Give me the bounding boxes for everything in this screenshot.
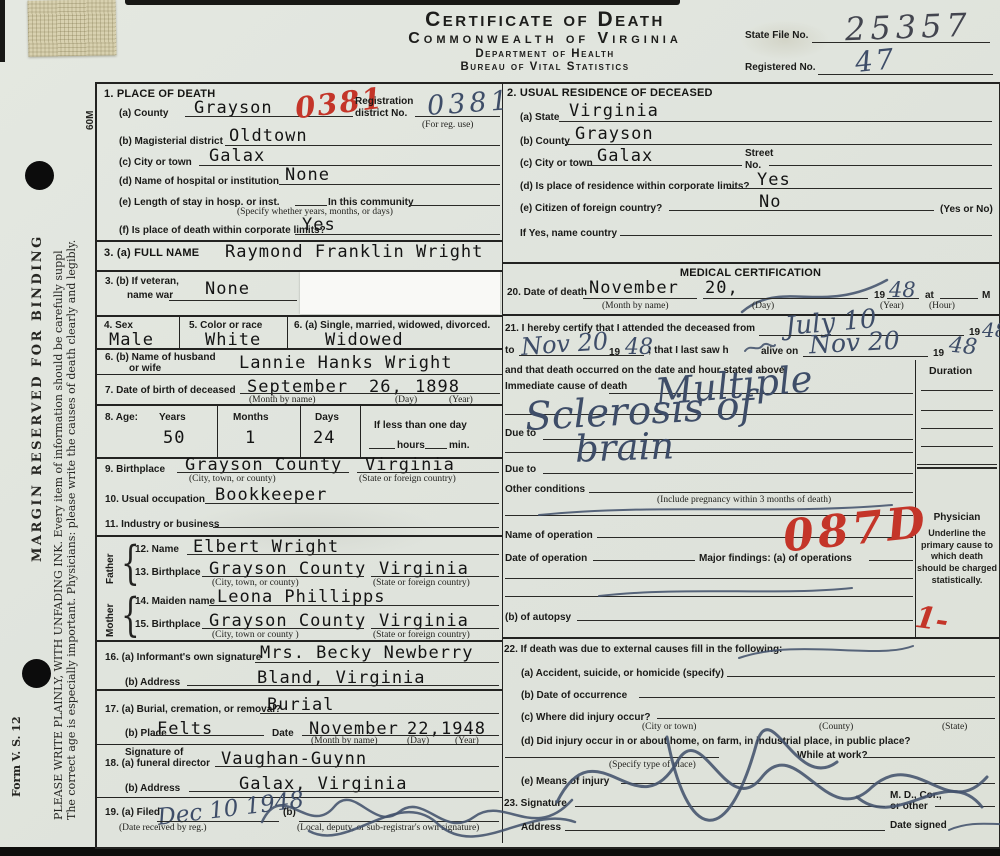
mother-bp-note2: (State or foreign country) <box>373 631 470 641</box>
pen-curve <box>737 636 917 662</box>
min-label: min. <box>449 440 470 452</box>
external-a-label: (a) Accident, suicide, or homicide (spec… <box>521 668 724 680</box>
red-mark: 1- <box>913 600 951 639</box>
margin-ink-warning: PLEASE WRITE PLAINLY, WITH UNFADING INK.… <box>52 178 78 820</box>
registered-number: 47 <box>853 42 898 79</box>
punch-hole <box>25 161 54 190</box>
operation-label: Name of operation <box>505 530 593 542</box>
veteran-label: 3. (b) If veteran, <box>105 276 179 288</box>
rule-line <box>505 452 913 453</box>
father-side-label: Father <box>105 538 117 584</box>
rule-line <box>940 298 978 299</box>
rule-line <box>583 298 697 299</box>
s1-hospital-value: None <box>285 167 330 184</box>
dob-year-note: (Year) <box>449 396 473 406</box>
mother-bp-note1: (City, town or county ) <box>212 631 299 641</box>
rule-line <box>593 560 695 561</box>
alive-year-handwriting: 48 <box>948 333 978 361</box>
s2-corp-value: Yes <box>757 172 791 189</box>
rule-line <box>202 628 364 629</box>
doc-bureau: Bureau of Vital Statistics <box>330 61 760 73</box>
marital-value: Widowed <box>325 332 404 349</box>
dod-year-note: (Year) <box>880 302 904 312</box>
cause-handwriting-3: brain <box>574 424 675 470</box>
less-than-day-label: If less than one day <box>374 420 467 432</box>
occupation-value: Bookkeeper <box>215 487 327 504</box>
occupation-label: 10. Usual occupation <box>105 494 205 506</box>
dob-day-note: (Day) <box>395 396 417 406</box>
divider <box>97 348 502 350</box>
rule-line <box>177 472 349 473</box>
rule-line <box>369 448 395 449</box>
rule-line <box>887 298 919 299</box>
s1-city-value: Galax <box>209 148 265 165</box>
industry-label: 11. Industry or business <box>105 519 219 531</box>
veteran-value: None <box>205 281 250 298</box>
divider <box>217 404 218 457</box>
filed-label: 19. (a) Filed <box>105 807 160 819</box>
certify-to-label: to <box>505 345 514 357</box>
rule-line <box>187 685 499 686</box>
duration-header: Duration <box>929 365 972 377</box>
father-name-label: 12. Name <box>135 544 179 556</box>
father-bp-note2: (State or foreign country) <box>373 579 470 589</box>
dod-label: 20. Date of death <box>507 287 587 299</box>
state-file-number: 25357 <box>844 6 972 48</box>
mother-bp-label: 15. Birthplace <box>135 619 201 631</box>
rule-line <box>559 121 992 122</box>
s1-county-label: (a) County <box>119 108 168 120</box>
father-bp-label: 13. Birthplace <box>135 567 201 579</box>
rule-line <box>639 697 995 698</box>
scan-edge-left <box>0 0 5 62</box>
rule-line <box>703 298 868 299</box>
rule-line <box>519 355 644 356</box>
rule-line <box>565 144 992 145</box>
rule-line <box>921 410 993 411</box>
s2-citizen-value: No <box>759 194 781 211</box>
age-days-value: 24 <box>313 430 335 447</box>
s1-corp-value: Yes <box>302 217 336 234</box>
s1-magisterial-value: Oldtown <box>229 128 308 145</box>
s2-county-value: Grayson <box>575 126 654 143</box>
spouse-label2: or wife <box>129 363 161 375</box>
divider <box>287 315 288 348</box>
doc-title: Certificate of Death <box>330 8 760 32</box>
burial-year-note: (Year) <box>455 737 479 747</box>
correction-patch <box>300 272 500 314</box>
rule-line <box>803 356 928 357</box>
rule-line <box>225 145 500 146</box>
registered-no-label: Registered No. <box>745 62 816 74</box>
scan-edge-top <box>125 0 680 5</box>
tape-strip <box>28 0 117 57</box>
age-days-header: Days <box>315 412 339 424</box>
due-to-label2: Due to <box>505 464 536 476</box>
rule-line <box>769 165 992 166</box>
rule-line <box>921 446 993 447</box>
dod-month-note: (Month by name) <box>602 302 669 312</box>
rule-line <box>921 390 993 391</box>
external-b-label: (b) Date of occurrence <box>521 690 627 702</box>
rule-line <box>669 210 934 211</box>
birthplace-note1: (City, town, or county) <box>189 475 276 485</box>
rule-line <box>415 116 500 117</box>
rule-line <box>921 428 993 429</box>
spouse-value: Lannie Hanks Wright <box>239 355 452 372</box>
dod-hour-note: (Hour) <box>929 302 955 312</box>
rule-line <box>543 473 913 474</box>
burial-value: Burial <box>267 697 334 714</box>
s1-city-label: (c) City or town <box>119 157 192 169</box>
margin-ink-line2: The correct age is especially important.… <box>65 178 78 820</box>
birthplace-label: 9. Birthplace <box>105 464 165 476</box>
s2-country-label: If Yes, name country <box>520 228 617 240</box>
burial-month-note: (Month by name) <box>311 737 378 747</box>
rule-line <box>727 676 995 677</box>
rule-line <box>371 628 499 629</box>
s2-state-value: Virginia <box>569 103 659 120</box>
s2-city-value: Galax <box>597 148 653 165</box>
age-months-value: 1 <box>245 430 256 447</box>
physician-note-title: Physician <box>919 512 995 524</box>
operation-date-label: Date of operation <box>505 553 587 565</box>
divider <box>97 744 502 745</box>
dod-day-note: (Day) <box>752 302 774 312</box>
funeral-sig-pre: Signature of <box>125 747 183 759</box>
burial-label: 17. (a) Burial, cremation, or removal? <box>105 704 281 716</box>
dod-month: November <box>589 280 679 297</box>
rule-line <box>917 464 997 465</box>
dod-day: 20, <box>705 280 739 297</box>
divider <box>502 262 999 264</box>
informant-addr-label: (b) Address <box>125 677 180 689</box>
rule-line <box>869 560 913 561</box>
physician-signature <box>527 702 997 842</box>
s2-heading: 2. USUAL RESIDENCE OF DECEASED <box>507 87 713 99</box>
divider <box>360 404 361 457</box>
rule-line <box>917 467 997 469</box>
informant-label: 16. (a) Informant's own signature <box>105 652 261 664</box>
rule-line <box>213 527 499 528</box>
race-value: White <box>205 332 261 349</box>
age-months-header: Months <box>233 412 269 424</box>
burial-day-note: (Day) <box>407 737 429 747</box>
rule-line <box>357 472 499 473</box>
divider <box>97 315 502 317</box>
alive-on-label: alive on <box>761 346 798 358</box>
rule-line <box>577 620 913 621</box>
s2-street-label: Street No. <box>745 148 773 171</box>
funeral-director-label: 18. (a) funeral director <box>105 758 210 770</box>
s1-magisterial-label: (b) Magisterial district <box>119 136 223 148</box>
age-years-header: Years <box>159 412 186 424</box>
rule-line <box>199 165 500 166</box>
rule-line <box>589 492 913 493</box>
punch-hole <box>22 659 51 688</box>
rule-line <box>505 578 913 579</box>
funeral-addr-label: (b) Address <box>125 783 180 795</box>
fullname-label: 3. (a) FULL NAME <box>104 247 199 259</box>
informant-value: Mrs. Becky Newberry <box>260 645 473 662</box>
rule-line <box>279 184 500 185</box>
death-certificate-scan: MARGIN RESERVED FOR BINDING PLEASE WRITE… <box>0 0 1000 856</box>
mother-name-label: 14. Maiden name <box>135 596 215 608</box>
divider <box>300 404 301 457</box>
form-body: 1. PLACE OF DEATH (a) County Grayson 038… <box>95 82 1000 849</box>
birthplace-note2: (State or foreign country) <box>359 475 456 485</box>
margin-ink-line1: PLEASE WRITE PLAINLY, WITH UNFADING INK.… <box>52 178 65 820</box>
rule-line <box>371 576 499 577</box>
s1-reguse-note: (For reg. use) <box>422 121 473 131</box>
state-file-label: State File No. <box>745 30 808 42</box>
alive-y19: 19 <box>933 348 944 360</box>
alive-on-handwriting: Nov 20 <box>808 326 900 360</box>
rule-line <box>187 554 499 555</box>
margin-binding-text: MARGIN RESERVED FOR BINDING <box>30 270 45 562</box>
veteran-label2: name war <box>127 290 173 302</box>
rule-line <box>409 205 500 206</box>
doc-subtitle: Commonwealth of Virginia <box>330 30 760 48</box>
filed-note: (Date received by reg.) <box>119 824 207 834</box>
rule-line <box>255 662 499 663</box>
rule-line <box>202 576 364 577</box>
from-year-handwriting: 48 <box>982 318 1000 342</box>
rule-line <box>205 503 499 504</box>
rule-line <box>587 165 742 166</box>
divider <box>97 689 502 691</box>
age-years-value: 50 <box>163 430 185 447</box>
s2-state-label: (a) State <box>520 112 559 124</box>
pen-stroke <box>597 582 857 600</box>
s2-yesno-note: (Yes or No) <box>940 204 993 216</box>
sex-value: Male <box>109 332 154 349</box>
hours-label: hours <box>397 440 425 452</box>
s2-county-label: (b) County <box>520 136 570 148</box>
rule-line <box>818 74 993 75</box>
other-conditions-label: Other conditions <box>505 484 585 496</box>
rule-line <box>425 448 447 449</box>
form-number: Form V. S. 12 <box>10 697 23 797</box>
mother-name-value: Leona Phillipps <box>217 589 386 606</box>
certify-line2: ; that I last saw h <box>648 345 729 357</box>
spouse-label: 6. (b) Name of husband <box>105 352 216 364</box>
rule-line <box>209 605 499 606</box>
rule-line <box>295 234 500 235</box>
rule-line <box>620 235 992 236</box>
to-y19: 19 <box>609 347 620 359</box>
rule-line <box>260 713 499 714</box>
dob-label: 7. Date of birth of deceased <box>105 385 236 397</box>
dob-month-note: (Month by name) <box>249 396 316 406</box>
rule-line <box>169 300 297 301</box>
s1-county-value: Grayson <box>194 100 273 117</box>
s1-hospital-label: (d) Name of hospital or institution <box>119 176 279 188</box>
rule-line <box>240 393 500 394</box>
divider <box>179 315 180 348</box>
burial-date-label: Date <box>272 728 294 740</box>
divider <box>502 84 503 843</box>
dod-y19: 19 <box>874 290 885 302</box>
s1-regdist-label: Registration district No. <box>355 96 413 119</box>
age-label: 8. Age: <box>105 412 138 424</box>
autopsy-label: (b) of autopsy <box>505 612 571 624</box>
rule-line <box>295 205 327 206</box>
doc-dept: Department of Health <box>330 48 760 60</box>
rule-line <box>727 188 992 189</box>
fullname-value: Raymond Franklin Wright <box>225 244 483 261</box>
dod-m-label: M <box>982 290 990 302</box>
rule-line <box>152 735 264 736</box>
s2-corp-label: (d) Is place of residence within corpora… <box>520 181 750 193</box>
dod-at-label: at <box>925 290 934 302</box>
s2-city-label: (c) City or town <box>520 158 593 170</box>
mother-side-label: Mother <box>105 591 117 637</box>
s2-citizen-label: (e) Citizen of foreign country? <box>520 203 662 215</box>
